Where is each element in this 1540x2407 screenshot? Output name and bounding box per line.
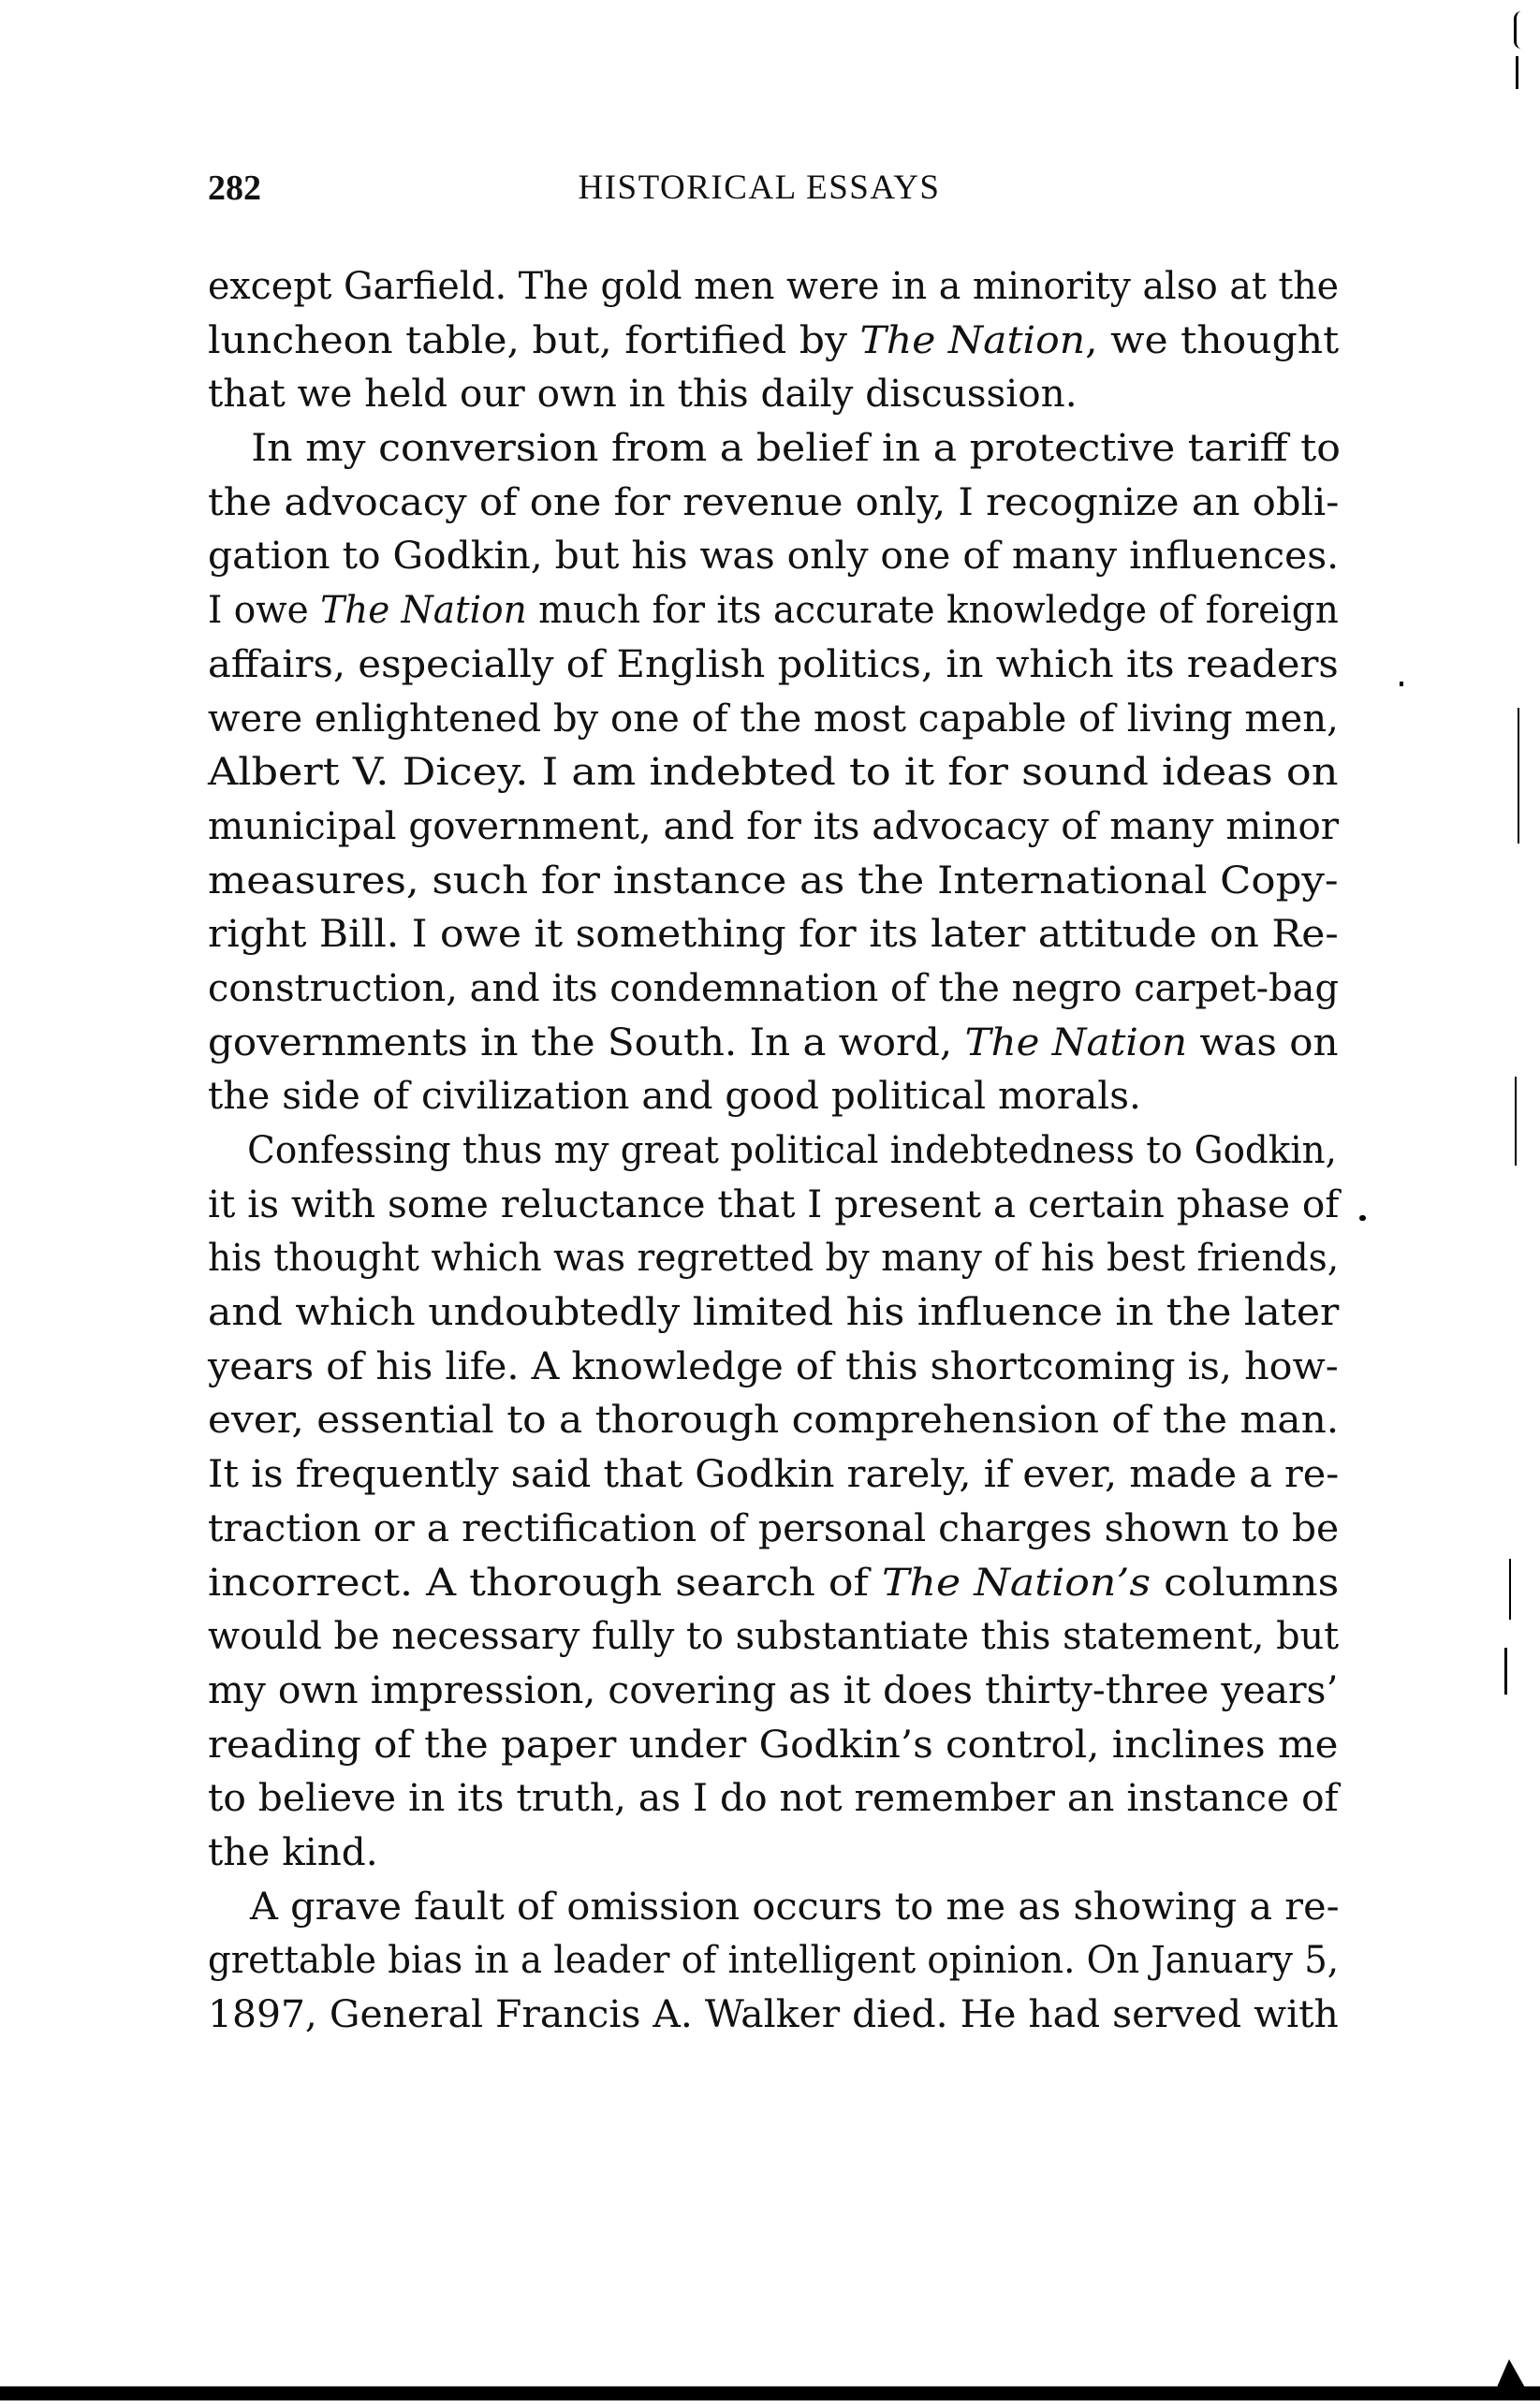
scan-artifact-margin-line [1504,1648,1507,1695]
text-run: it is with some reluctance that I presen… [208,1181,1339,1226]
text-run: incorrect. A thorough search of [208,1560,882,1605]
text-run: that we held our own in this daily discu… [208,371,1078,416]
running-title: HISTORICAL ESSAYS [180,165,1339,212]
text-line: would be necessary fully to substantiate… [208,1609,1339,1664]
text-run: measures, such for instance as the Inter… [208,858,1339,903]
text-run: years of his life. A knowledge of this s… [208,1343,1339,1388]
text-run: ever, essential to a thorough comprehens… [208,1397,1339,1442]
text-line: the side of civilization and good politi… [208,1069,1141,1123]
text-run: the kind. [208,1829,378,1874]
scan-artifact-bracket [1514,11,1521,49]
text-line: 1897, General Francis A. Walker died. He… [208,1988,1339,2042]
text-line: that we held our own in this daily discu… [208,367,1078,421]
text-run: the advocacy of one for revenue only, I … [208,479,1339,524]
text-line: municipal government, and for its advoca… [208,800,1339,854]
text-run: his thought which was regretted by many … [208,1235,1339,1280]
text-line: except Garfield. The gold men were in a … [208,259,1339,314]
text-run: A grave fault of omission occurs to me a… [250,1884,1340,1929]
text-line: construction, and its condemnation of th… [208,961,1339,1016]
text-line: Confessing thus my great political indeb… [208,1123,1337,1178]
text-run: In my conversion from a belief in a prot… [251,425,1341,470]
text-run: Confessing thus my great political indeb… [247,1127,1337,1172]
text-line: In my conversion from a belief in a prot… [208,421,1341,476]
running-head: 282 HISTORICAL ESSAYS [208,165,1339,212]
essay-body-text: except Garfield. The gold men were in a … [208,259,1339,2042]
text-run: and which undoubtedly limited his influe… [208,1289,1339,1334]
text-line: right Bill. I owe it something for its l… [208,907,1339,961]
text-run: Albert V. Dicey. I am indebted to it for… [208,749,1339,794]
text-line: Albert V. Dicey. I am indebted to it for… [208,745,1339,800]
scan-artifact-dot [1359,1215,1366,1221]
text-run: affairs, especially of English politics,… [208,641,1339,686]
text-line: the kind. [208,1826,378,1880]
text-run: luncheon table, but, fortified by [208,317,860,362]
text-run: 1897, General Francis A. Walker died. He… [208,1991,1339,2036]
italic-title: The Nation [320,587,527,632]
italic-title: The Nation [965,1020,1187,1064]
text-run: would be necessary fully to substantiate… [208,1613,1339,1658]
text-run: was on [1187,1020,1338,1064]
text-run: governments in the South. In a word, [208,1020,965,1064]
text-run: my own impression, covering as it does t… [208,1667,1339,1712]
text-line: affairs, especially of English politics,… [208,638,1339,692]
text-line: to believe in its truth, as I do not rem… [208,1771,1339,1826]
text-line: gation to Godkin, but his was only one o… [208,529,1339,583]
text-run: right Bill. I owe it something for its l… [208,911,1339,956]
text-line: were enlightened by one of the most capa… [208,692,1339,746]
text-line: ever, essential to a thorough comprehens… [208,1393,1339,1447]
text-run: It is frequently said that Godkin rarely… [208,1451,1339,1496]
text-line: luncheon table, but, fortified by The Na… [208,314,1339,368]
scan-edge-spike [1496,2359,1526,2389]
italic-title: The Nation’s [882,1560,1151,1605]
text-line: years of his life. A knowledge of this s… [208,1340,1339,1394]
text-line: I owe The Nation much for its accurate k… [208,583,1339,638]
text-run: were enlightened by one of the most capa… [208,696,1339,741]
text-line: and which undoubtedly limited his influe… [208,1285,1339,1340]
scan-artifact-margin-line [1516,56,1518,89]
scan-artifact-dot [1400,682,1403,686]
text-run: to believe in its truth, as I do not rem… [208,1775,1339,1820]
scan-artifact-margin-line [1509,1559,1511,1620]
text-run: the side of civilization and good politi… [208,1073,1141,1118]
text-line: measures, such for instance as the Inter… [208,854,1339,908]
text-line: A grave fault of omission occurs to me a… [208,1880,1340,1934]
text-line: It is frequently said that Godkin rarely… [208,1447,1339,1502]
text-line: incorrect. A thorough search of The Nati… [208,1556,1339,1610]
text-line: reading of the paper under Godkin’s cont… [208,1718,1338,1772]
text-run: much for its accurate knowledge of forei… [527,587,1339,632]
text-line: grettable bias in a leader of intelligen… [208,1933,1339,1988]
text-line: governments in the South. In a word, The… [208,1016,1338,1070]
text-run: I owe [208,587,320,632]
text-run: gation to Godkin, but his was only one o… [208,533,1339,578]
scan-artifact-margin-line [1518,708,1519,844]
scan-artifact-margin-line [1515,1077,1517,1166]
text-line: traction or a rectification of personal … [208,1502,1339,1556]
text-run: columns [1151,1560,1339,1605]
text-run: , we thought [1085,317,1339,362]
scan-edge-band [0,2386,1540,2400]
text-run: construction, and its condemnation of th… [208,965,1339,1010]
text-run: reading of the paper under Godkin’s cont… [208,1722,1338,1767]
text-line: my own impression, covering as it does t… [208,1664,1339,1718]
text-run: traction or a rectification of personal … [208,1505,1339,1550]
text-run: except Garfield. The gold men were in a … [208,263,1339,308]
text-line: the advocacy of one for revenue only, I … [208,476,1339,530]
text-line: his thought which was regretted by many … [208,1231,1339,1285]
italic-title: The Nation [860,317,1086,362]
text-line: it is with some reluctance that I presen… [208,1178,1339,1232]
text-run: grettable bias in a leader of intelligen… [208,1937,1339,1982]
text-run: municipal government, and for its advoca… [208,803,1339,848]
